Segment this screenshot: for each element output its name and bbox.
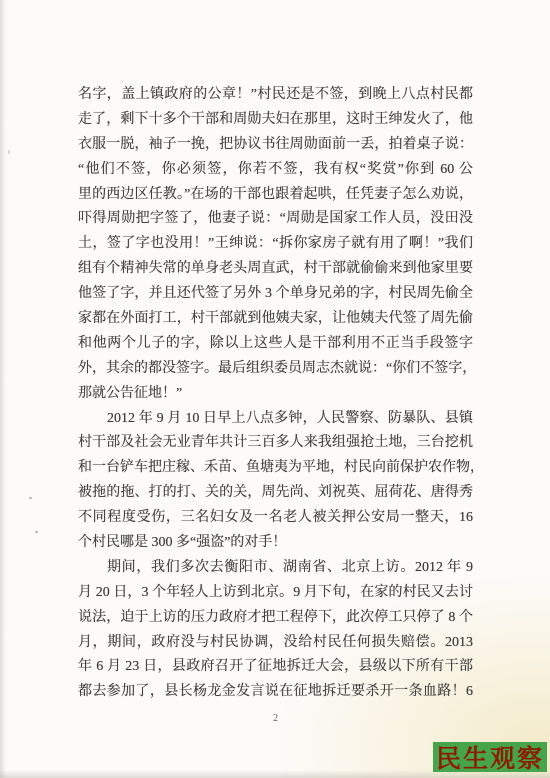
text-line: 2012 年 9 月 10 日早上八点多钟，人民警察、防暴队、县镇	[78, 407, 473, 432]
text-line: 土，签了字也没用！”王绅说：“拆你家房子就有用了啊！”我们	[78, 232, 473, 257]
text-line: 家都在外面打工，村干部就到他姨夫家，让他姨夫代签了周先偷	[78, 307, 473, 332]
text-line: 里的西边区任教。”在场的干部也跟着起哄，任凭妻子怎么劝说，	[78, 183, 473, 208]
text-line: 期间，我们多次去衡阳市、湖南省、北京上访。2012 年 9	[78, 556, 473, 581]
text-line: “他们不签，你必须签，你若不签，我有权“奖赏”你到 60 公	[78, 158, 473, 183]
text-line: 组有个精神失常的单身老头周直武，村干部就偷偷来到他家里要	[78, 257, 473, 282]
text-line: 月 20 日，3 个年轻人上访到北京。9 月下旬，在家的村民又去讨	[78, 581, 473, 606]
paragraph: 2012 年 9 月 10 日早上八点多钟，人民警察、防暴队、县镇村干部及社会无…	[78, 407, 473, 556]
text-body: 名字，盖上镇政府的公章！”村民还是不签，到晚上八点村民都走了，剩下十多个干部和周…	[78, 83, 473, 705]
text-line: 衣服一脱，袖子一挽，把协议书往周勋面前一丢，拍着桌子说：	[78, 133, 473, 158]
watermark-minsheng-guancha: 民生观察	[433, 742, 547, 772]
text-line: 他签了字，并且还代签了另外 3 个单身兄弟的字，村民周先偷全	[78, 282, 473, 307]
text-line: 走了，剩下十多个干部和周勋夫妇在那里，这时王绅发火了，他	[78, 108, 473, 133]
text-line: 都去参加了，县长杨龙金发言说在征地拆迁要杀开一条血路！6	[78, 680, 473, 705]
text-line: 和一台铲车把庄稼、禾苗、鱼塘夷为平地，村民向前保护农作物，	[78, 456, 473, 481]
text-line: 说法，迫于上访的压力政府才把工程停下，此次停工只停了 8 个	[78, 606, 473, 631]
scan-speck	[29, 497, 32, 499]
text-line: 和他两个儿子的字，除以上这些人是干部利用不正当手段签字	[78, 332, 473, 357]
text-line: 不同程度受伤，三名妇女及一名老人被关押公安局一整天，16	[78, 506, 473, 531]
paragraph: 名字，盖上镇政府的公章！”村民还是不签，到晚上八点村民都走了，剩下十多个干部和周…	[78, 83, 473, 407]
page-number: 2	[78, 713, 473, 724]
text-line: 名字，盖上镇政府的公章！”村民还是不签，到晚上八点村民都	[78, 83, 473, 108]
text-line: 年 6 月 23 日，县政府召开了征地拆迁大会，县级以下所有干部	[78, 655, 473, 680]
text-line: 吓得周勋把字签了，他妻子说：“周勋是国家工作人员，没田没	[78, 207, 473, 232]
scan-speck	[8, 150, 10, 154]
text-line: 个村民哪是 300 多“强盗”的对手！	[78, 531, 473, 556]
text-line: 外，其余的都没签字。最后组织委员周志杰就说：“你们不签字，	[78, 357, 473, 382]
text-line: 被拖的拖、打的打、关的关，周先尚、刘祝英、屈荷花、唐得秀	[78, 481, 473, 506]
text-line: 月，期间，政府没与村民协调，没给村民任何损失赔偿。2013	[78, 631, 473, 656]
paragraph: 期间，我们多次去衡阳市、湖南省、北京上访。2012 年 9月 20 日，3 个年…	[78, 556, 473, 705]
text-line: 村干部及社会无业青年共计三百多人来我组强抢土地，三台挖机	[78, 431, 473, 456]
scanned-page: 名字，盖上镇政府的公章！”村民还是不签，到晚上八点村民都走了，剩下十多个干部和周…	[0, 0, 550, 778]
scan-edge-left-shadow	[0, 0, 6, 778]
text-line: 那就公告征地！”	[78, 382, 473, 407]
scan-speck	[35, 531, 38, 533]
